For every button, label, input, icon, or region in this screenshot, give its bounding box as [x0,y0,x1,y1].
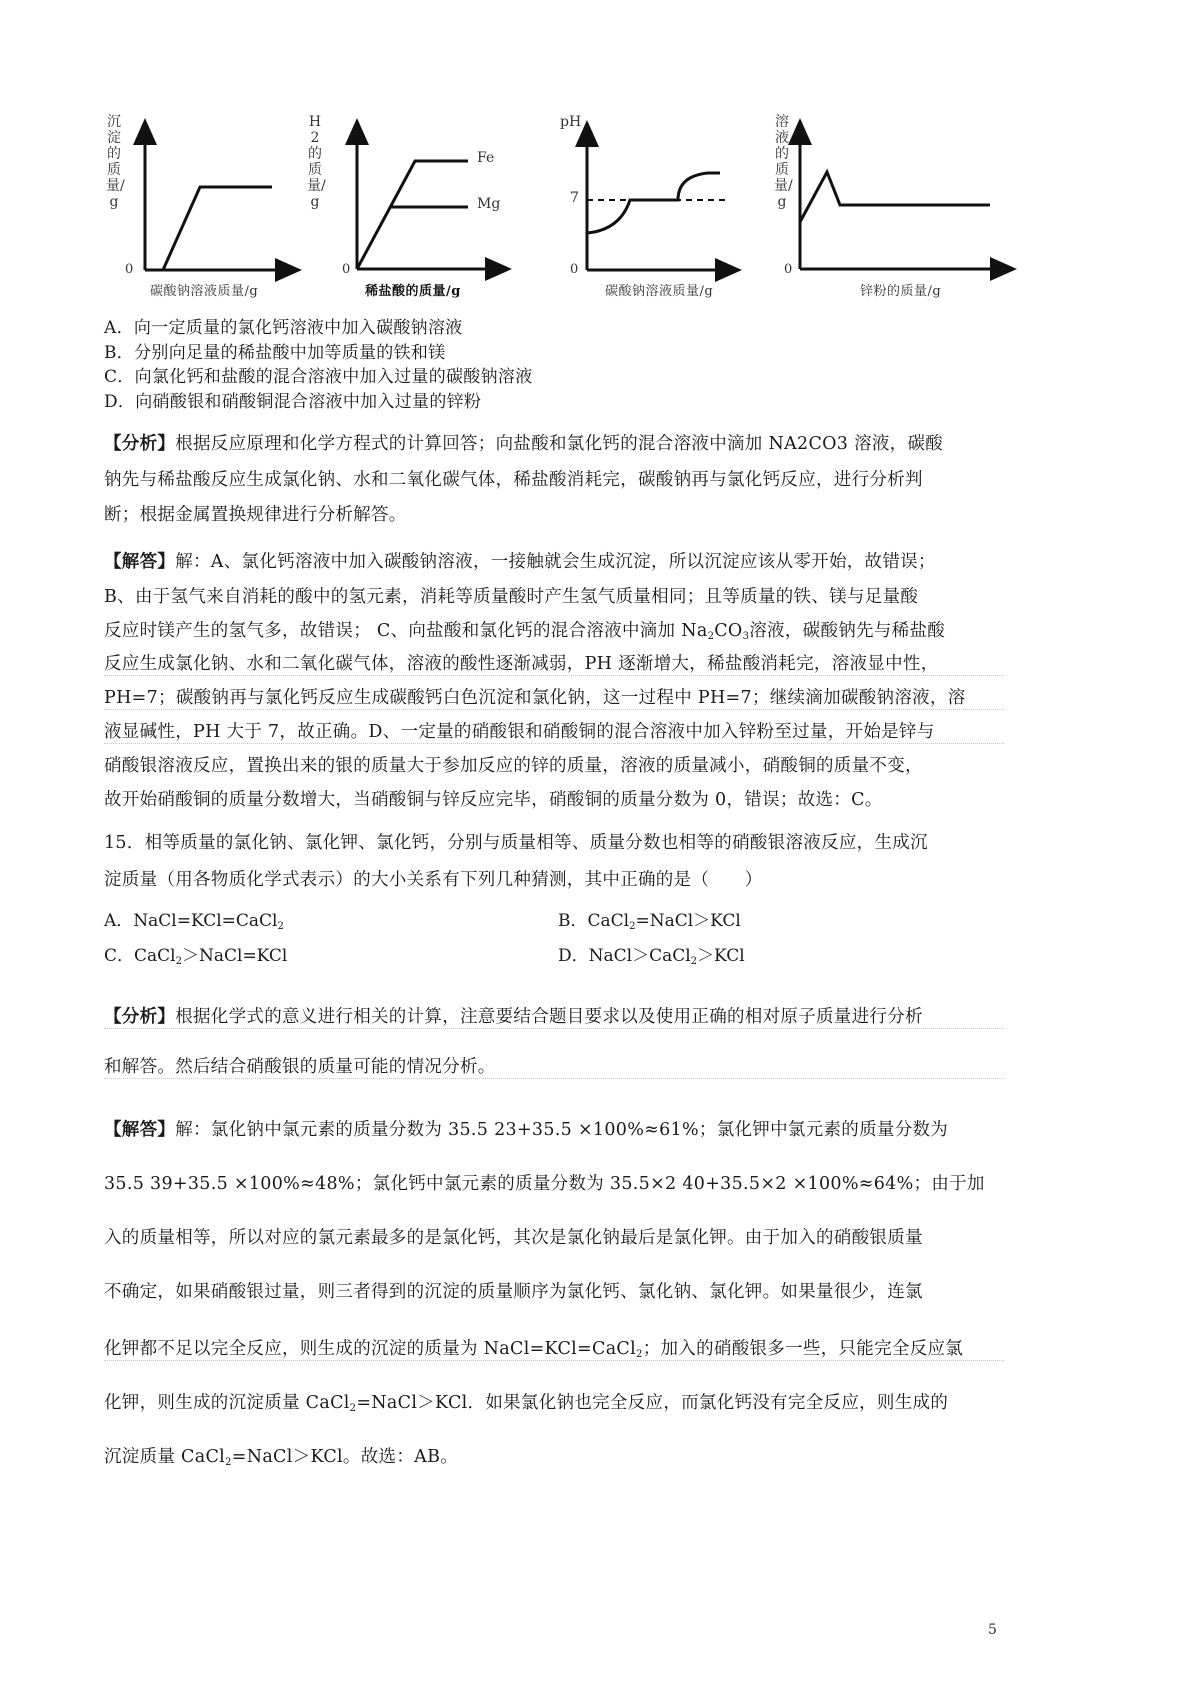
q15-analysis-tag: 【分析】 [104,1007,175,1027]
q14-solution-line-4: 反应生成氯化钠、水和二氧化碳气体，溶液的酸性逐渐减弱，PH 逐渐增大，稀盐酸消耗… [104,650,1004,676]
q14-analysis-line-3: 断；根据金属置换规律进行分析解答。 [104,501,1004,526]
q14-analysis-line-1: 【分析】根据反应原理和化学方程式的计算回答；向盐酸和氯化钙的混合溶液中滴加 NA… [104,430,1004,455]
q15-stem-line-2: 淀质量（用各物质化学式表示）的大小关系有下列几种猜测，其中正确的是（ ） [104,866,1004,891]
q14-solution-line-5: PH=7；碳酸钠再与氯化钙反应生成碳酸钙白色沉淀和氯化钠，这一过程中 PH=7；… [104,684,1004,710]
figure-b: H2的质量/g Fe Mg 0 稀盐酸的质量/g [305,112,505,302]
figure-d-x-label: 锌粉的质量/g [860,280,941,299]
document-page: 沉淀的质量/g 0 碳酸钠溶液质量/g H2的质量/g Fe Mg 0 稀盐酸的… [0,0,1200,1698]
figure-row: 沉淀的质量/g 0 碳酸钠溶液质量/g H2的质量/g Fe Mg 0 稀盐酸的… [100,112,1000,302]
figure-a: 沉淀的质量/g 0 碳酸钠溶液质量/g [100,112,300,302]
figure-a-origin: 0 [125,262,133,277]
figure-b-series-mg: Mg [477,196,500,212]
q14-option-b: B．分别向足量的稀盐酸中加等质量的铁和镁 [104,338,1004,363]
q14-solution-line-7: 硝酸银溶液反应，置换出来的银的质量大于参加反应的锌的质量，溶液的质量减小，硝酸铜… [104,752,1004,777]
q15-solution-line-4: 不确定，如果硝酸银过量，则三者得到的沉淀的质量顺序为氯化钙、氯化钠、氯化钾。如果… [104,1278,1004,1303]
q15-solution-line-5: 化钾都不足以完全反应，则生成的沉淀的质量为 NaCl=KCl=CaCl2；加入的… [104,1335,1004,1361]
figure-d-plot [760,112,1000,302]
q15-solution-line-1: 【解答】解：氯化钠中氯元素的质量分数为 35.5 23+35.5 ×100%≈6… [104,1116,1004,1141]
figure-d-origin: 0 [784,262,792,277]
figure-c-x-label: 碳酸钠溶液质量/g [605,280,713,299]
figure-c: pH 7 0 碳酸钠溶液质量/g [500,112,700,302]
figure-c-origin: 0 [570,262,578,277]
q14-analysis-line-2: 钠先与稀盐酸反应生成氯化钠、水和二氧化碳气体，稀盐酸消耗完，碳酸钠再与氯化钙反应… [104,466,1004,491]
figure-a-x-label: 碳酸钠溶液质量/g [150,280,258,299]
q15-option-b: B．CaCl2=NaCl＞KCl [558,906,741,932]
q14-solution-line-2: B、由于氢气来自消耗的酸中的氢元素，消耗等质量酸时产生氢气质量相同；且等质量的铁… [104,583,1004,608]
q14-solution-line-3: 反应时镁产生的氢气多，故错误； C、向盐酸和氯化钙的混合溶液中滴加 Na2CO3… [104,617,1004,642]
figure-b-series-fe: Fe [477,150,494,166]
q15-solution-tag: 【解答】 [104,1120,175,1140]
q15-option-c: C．CaCl2＞NaCl=KCl [104,941,287,967]
q14-option-a: A．向一定质量的氯化钙溶液中加入碳酸钠溶液 [104,313,1004,338]
q14-solution-line-8: 故开始硝酸铜的质量分数增大，当硝酸铜与锌反应完毕，硝酸铜的质量分数为 0，错误；… [104,786,1004,811]
figure-c-plot [500,112,710,302]
q15-analysis-line-1: 【分析】根据化学式的意义进行相关的计算，注意要结合题目要求以及使用正确的相对原子… [104,1003,1004,1029]
q15-option-a: A．NaCl=KCl=CaCl2 [104,906,284,932]
q14-option-c: C．向氯化钙和盐酸的混合溶液中加入过量的碳酸钠溶液 [104,362,1004,387]
figure-c-ref-7: 7 [570,190,579,206]
figure-d: 溶液的质量/g 0 锌粉的质量/g [760,112,1000,302]
figure-b-x-label: 稀盐酸的质量/g [365,280,461,299]
q14-solution-line-6: 液显碱性，PH 大于 7，故正确。D、一定量的硝酸银和硝酸铜的混合溶液中加入锌粉… [104,718,1004,744]
page-number: 5 [988,1622,997,1638]
q15-solution-line-2: 35.5 39+35.5 ×100%≈48%；氯化钙中氯元素的质量分数为 35.… [104,1170,1004,1195]
q14-analysis-tag: 【分析】 [104,434,175,454]
q15-analysis-line-2: 和解答。然后结合硝酸银的质量可能的情况分析。 [104,1053,1004,1079]
q15-solution-line-7: 沉淀质量 CaCl2=NaCl＞KCl。故选：AB。 [104,1443,1004,1468]
q15-solution-line-6: 化钾，则生成的沉淀质量 CaCl2=NaCl＞KCl．如果氯化钠也完全反应，而氯… [104,1389,1004,1414]
q15-stem-line-1: 15．相等质量的氯化钠、氯化钾、氯化钙，分别与质量相等、质量分数也相等的硝酸银溶… [104,829,1004,854]
q15-solution-line-3: 入的质量相等，所以对应的氯元素最多的是氯化钙，其次是氯化钠最后是氯化钾。由于加入… [104,1224,1004,1249]
figure-b-origin: 0 [342,262,350,277]
q14-solution-line-1: 【解答】解：A、氯化钙溶液中加入碳酸钠溶液，一接触就会生成沉淀，所以沉淀应该从零… [104,548,1004,573]
q15-option-d: D．NaCl＞CaCl2＞KCl [558,941,745,967]
q14-solution-tag: 【解答】 [104,552,175,572]
q14-option-d: D．向硝酸银和硝酸铜混合溶液中加入过量的锌粉 [104,387,1004,412]
figure-b-plot [305,112,505,302]
